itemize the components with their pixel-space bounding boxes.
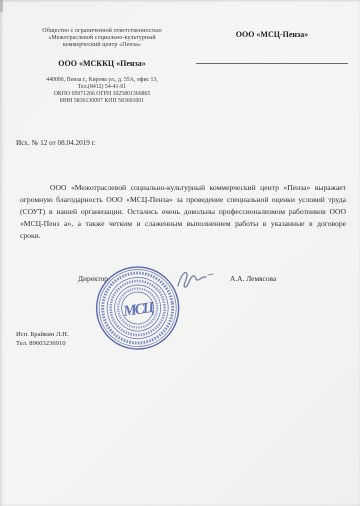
stamp-monogram: МСЦ — [121, 300, 156, 320]
footer-executor-block: Исп. Брайкин Л.Н. Тел. 89603236910 — [16, 330, 69, 348]
signatory-name: А.А. Лемясова — [230, 274, 276, 283]
org-full-name-line-3: коммерческий центр «Пенза» — [18, 42, 186, 49]
org-short-name: ООО «МСККЦ «Пенза» — [18, 59, 186, 68]
sender-header-block: Общество с ограниченной ответственностью… — [18, 28, 186, 105]
org-phone-line: Тел.(8412) 54-41-01 — [18, 84, 186, 91]
letter-body-paragraph: ООО «Межотраслевой социально-культурный … — [20, 182, 346, 242]
recipient-underline — [196, 63, 348, 64]
org-address-line: 440000, Пенза г., Кирова ул., д. 55А, оф… — [18, 77, 186, 84]
recipient-name: ООО «МСЦ-Пенза» — [196, 30, 348, 39]
org-okpo-ogrn-line: ОКПО 05071266 ОГРН 1025801366865 — [18, 91, 186, 98]
round-stamp-seal: МСЦ — [88, 258, 188, 362]
executor-name: Исп. Брайкин Л.Н. — [16, 330, 69, 339]
signature-row: Директор А.А. Лемясова — [0, 272, 360, 292]
org-address-block: 440000, Пенза г., Кирова ул., д. 55А, оф… — [18, 77, 186, 106]
executor-phone: Тел. 89603236910 — [16, 339, 69, 348]
scanned-letter-page: Общество с ограниченной ответственностью… — [0, 0, 360, 506]
outgoing-ref-line: Исх. № 12 от 08.04.2019 г. — [16, 139, 96, 147]
org-inn-kpp-line: ИНН 5836130097 КПП 583601001 — [18, 98, 186, 105]
